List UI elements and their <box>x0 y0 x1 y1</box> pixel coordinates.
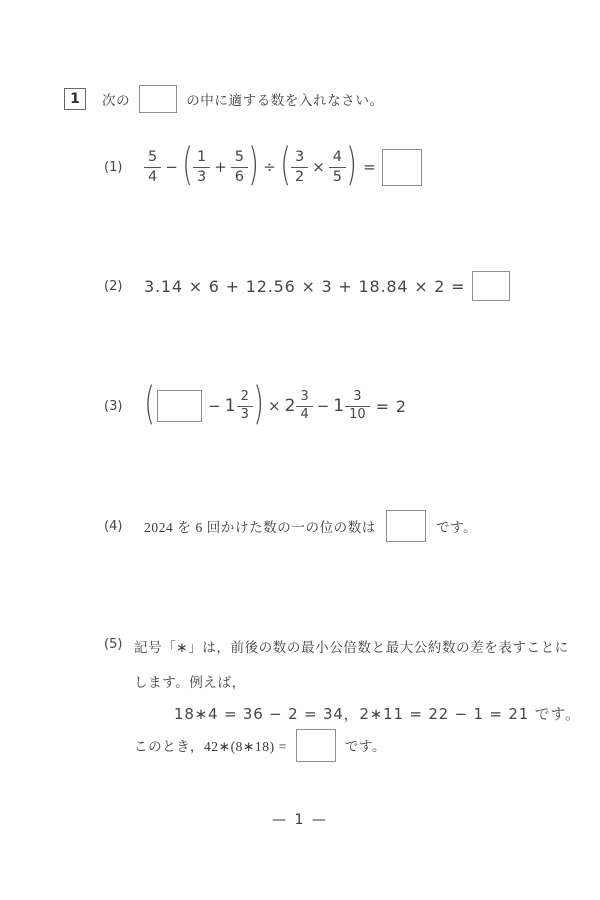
fraction: 1 3 <box>193 149 210 185</box>
fraction-denominator: 6 <box>231 167 248 186</box>
fraction: 3 10 <box>345 390 370 423</box>
fraction-numerator: 4 <box>329 149 346 167</box>
whole-number: 1 <box>333 396 344 416</box>
open-paren: ( <box>280 145 291 185</box>
fraction: 4 5 <box>329 149 346 185</box>
answer-box-1[interactable] <box>382 149 422 186</box>
question-number: 1 <box>70 91 80 107</box>
problem-5-label: (5) <box>104 637 130 652</box>
problem-5-text-before: このとき，42∗(8∗18) = <box>134 735 287 755</box>
mixed-number: 1 2 3 <box>225 390 253 423</box>
fraction-numerator: 2 <box>237 390 253 406</box>
problem-4-text-before: 2024 を 6 回かけた数の一の位の数は <box>144 516 376 536</box>
mixed-number: 2 3 4 <box>285 390 313 423</box>
fraction-denominator: 4 <box>144 167 161 186</box>
answer-box-5[interactable] <box>296 729 336 762</box>
fraction-numerator: 5 <box>144 149 161 167</box>
fraction-numerator: 3 <box>291 149 308 167</box>
problem-5-question: このとき，42∗(8∗18) = です。 <box>134 727 386 763</box>
fraction: 5 4 <box>144 149 161 185</box>
open-paren: ( <box>182 145 193 185</box>
problem-4: (4) 2024 を 6 回かけた数の一の位の数は です。 <box>104 509 477 543</box>
fraction-denominator: 3 <box>237 406 253 423</box>
worksheet-page: 1 次の の中に適する数を入れなさい。 (1) 5 4 − ( 1 3 + 5 … <box>0 0 600 900</box>
minus-operator: − <box>165 158 178 176</box>
plus-operator: + <box>214 158 227 176</box>
fraction-numerator: 5 <box>231 149 248 167</box>
answer-box-2[interactable] <box>472 271 510 301</box>
header-text-before: 次の <box>102 89 130 109</box>
question-number-box: 1 <box>64 88 86 110</box>
expression: 3.14 × 6 + 12.56 × 3 + 18.84 × 2 = <box>144 277 465 296</box>
open-paren: ( <box>144 384 155 424</box>
problem-5-line1: 記号「∗」は，前後の数の最小公倍数と最大公約数の差を表すことに <box>134 636 569 656</box>
fraction: 2 3 <box>237 390 253 423</box>
whole-number: 2 <box>285 396 296 416</box>
header: 1 次の の中に適する数を入れなさい。 <box>64 84 384 114</box>
mixed-number: 1 3 10 <box>333 390 369 423</box>
problem-1-label: (1) <box>104 160 130 175</box>
problem-2-label: (2) <box>104 279 130 294</box>
close-paren: ) <box>346 145 357 185</box>
times-operator: × <box>312 158 325 176</box>
fraction-numerator: 3 <box>349 390 365 406</box>
fraction: 3 4 <box>296 390 312 423</box>
problem-5-text-after: です。 <box>345 735 386 755</box>
problem-5-example: 18∗4 = 36 − 2 = 34，2∗11 = 22 − 1 = 21 です… <box>174 703 581 724</box>
times-operator: × <box>268 397 281 415</box>
fraction-denominator: 10 <box>345 406 370 423</box>
fraction-numerator: 1 <box>193 149 210 167</box>
page-number: — 1 — <box>0 812 600 828</box>
problem-1: (1) 5 4 − ( 1 3 + 5 6 ) ÷ ( 3 2 × 4 5 ) … <box>104 144 422 190</box>
problem-4-text-after: です。 <box>436 516 477 536</box>
minus-operator: − <box>208 397 221 415</box>
fraction-numerator: 3 <box>296 390 312 406</box>
header-text-after: の中に適する数を入れなさい。 <box>186 89 383 109</box>
equals-result: = 2 <box>376 397 407 416</box>
fraction: 5 6 <box>231 149 248 185</box>
problem-5-line2: します。例えば， <box>134 671 246 691</box>
whole-number: 1 <box>225 396 236 416</box>
fraction: 3 2 <box>291 149 308 185</box>
problem-4-label: (4) <box>104 519 130 534</box>
minus-operator: − <box>317 397 330 415</box>
close-paren: ) <box>253 384 264 424</box>
close-paren: ) <box>248 145 259 185</box>
answer-box-3[interactable] <box>157 390 202 422</box>
equals-sign: = <box>363 158 376 176</box>
problem-3-label: (3) <box>104 399 130 414</box>
fraction-denominator: 3 <box>193 167 210 186</box>
fraction-denominator: 5 <box>329 167 346 186</box>
answer-box-4[interactable] <box>386 510 426 542</box>
problem-2: (2) 3.14 × 6 + 12.56 × 3 + 18.84 × 2 = <box>104 270 510 302</box>
divide-operator: ÷ <box>263 158 276 176</box>
fraction-denominator: 4 <box>296 406 312 423</box>
example-blank-box <box>139 85 177 113</box>
fraction-denominator: 2 <box>291 167 308 186</box>
problem-3: (3) ( − 1 2 3 ) × 2 3 4 − 1 3 10 <box>104 384 413 428</box>
